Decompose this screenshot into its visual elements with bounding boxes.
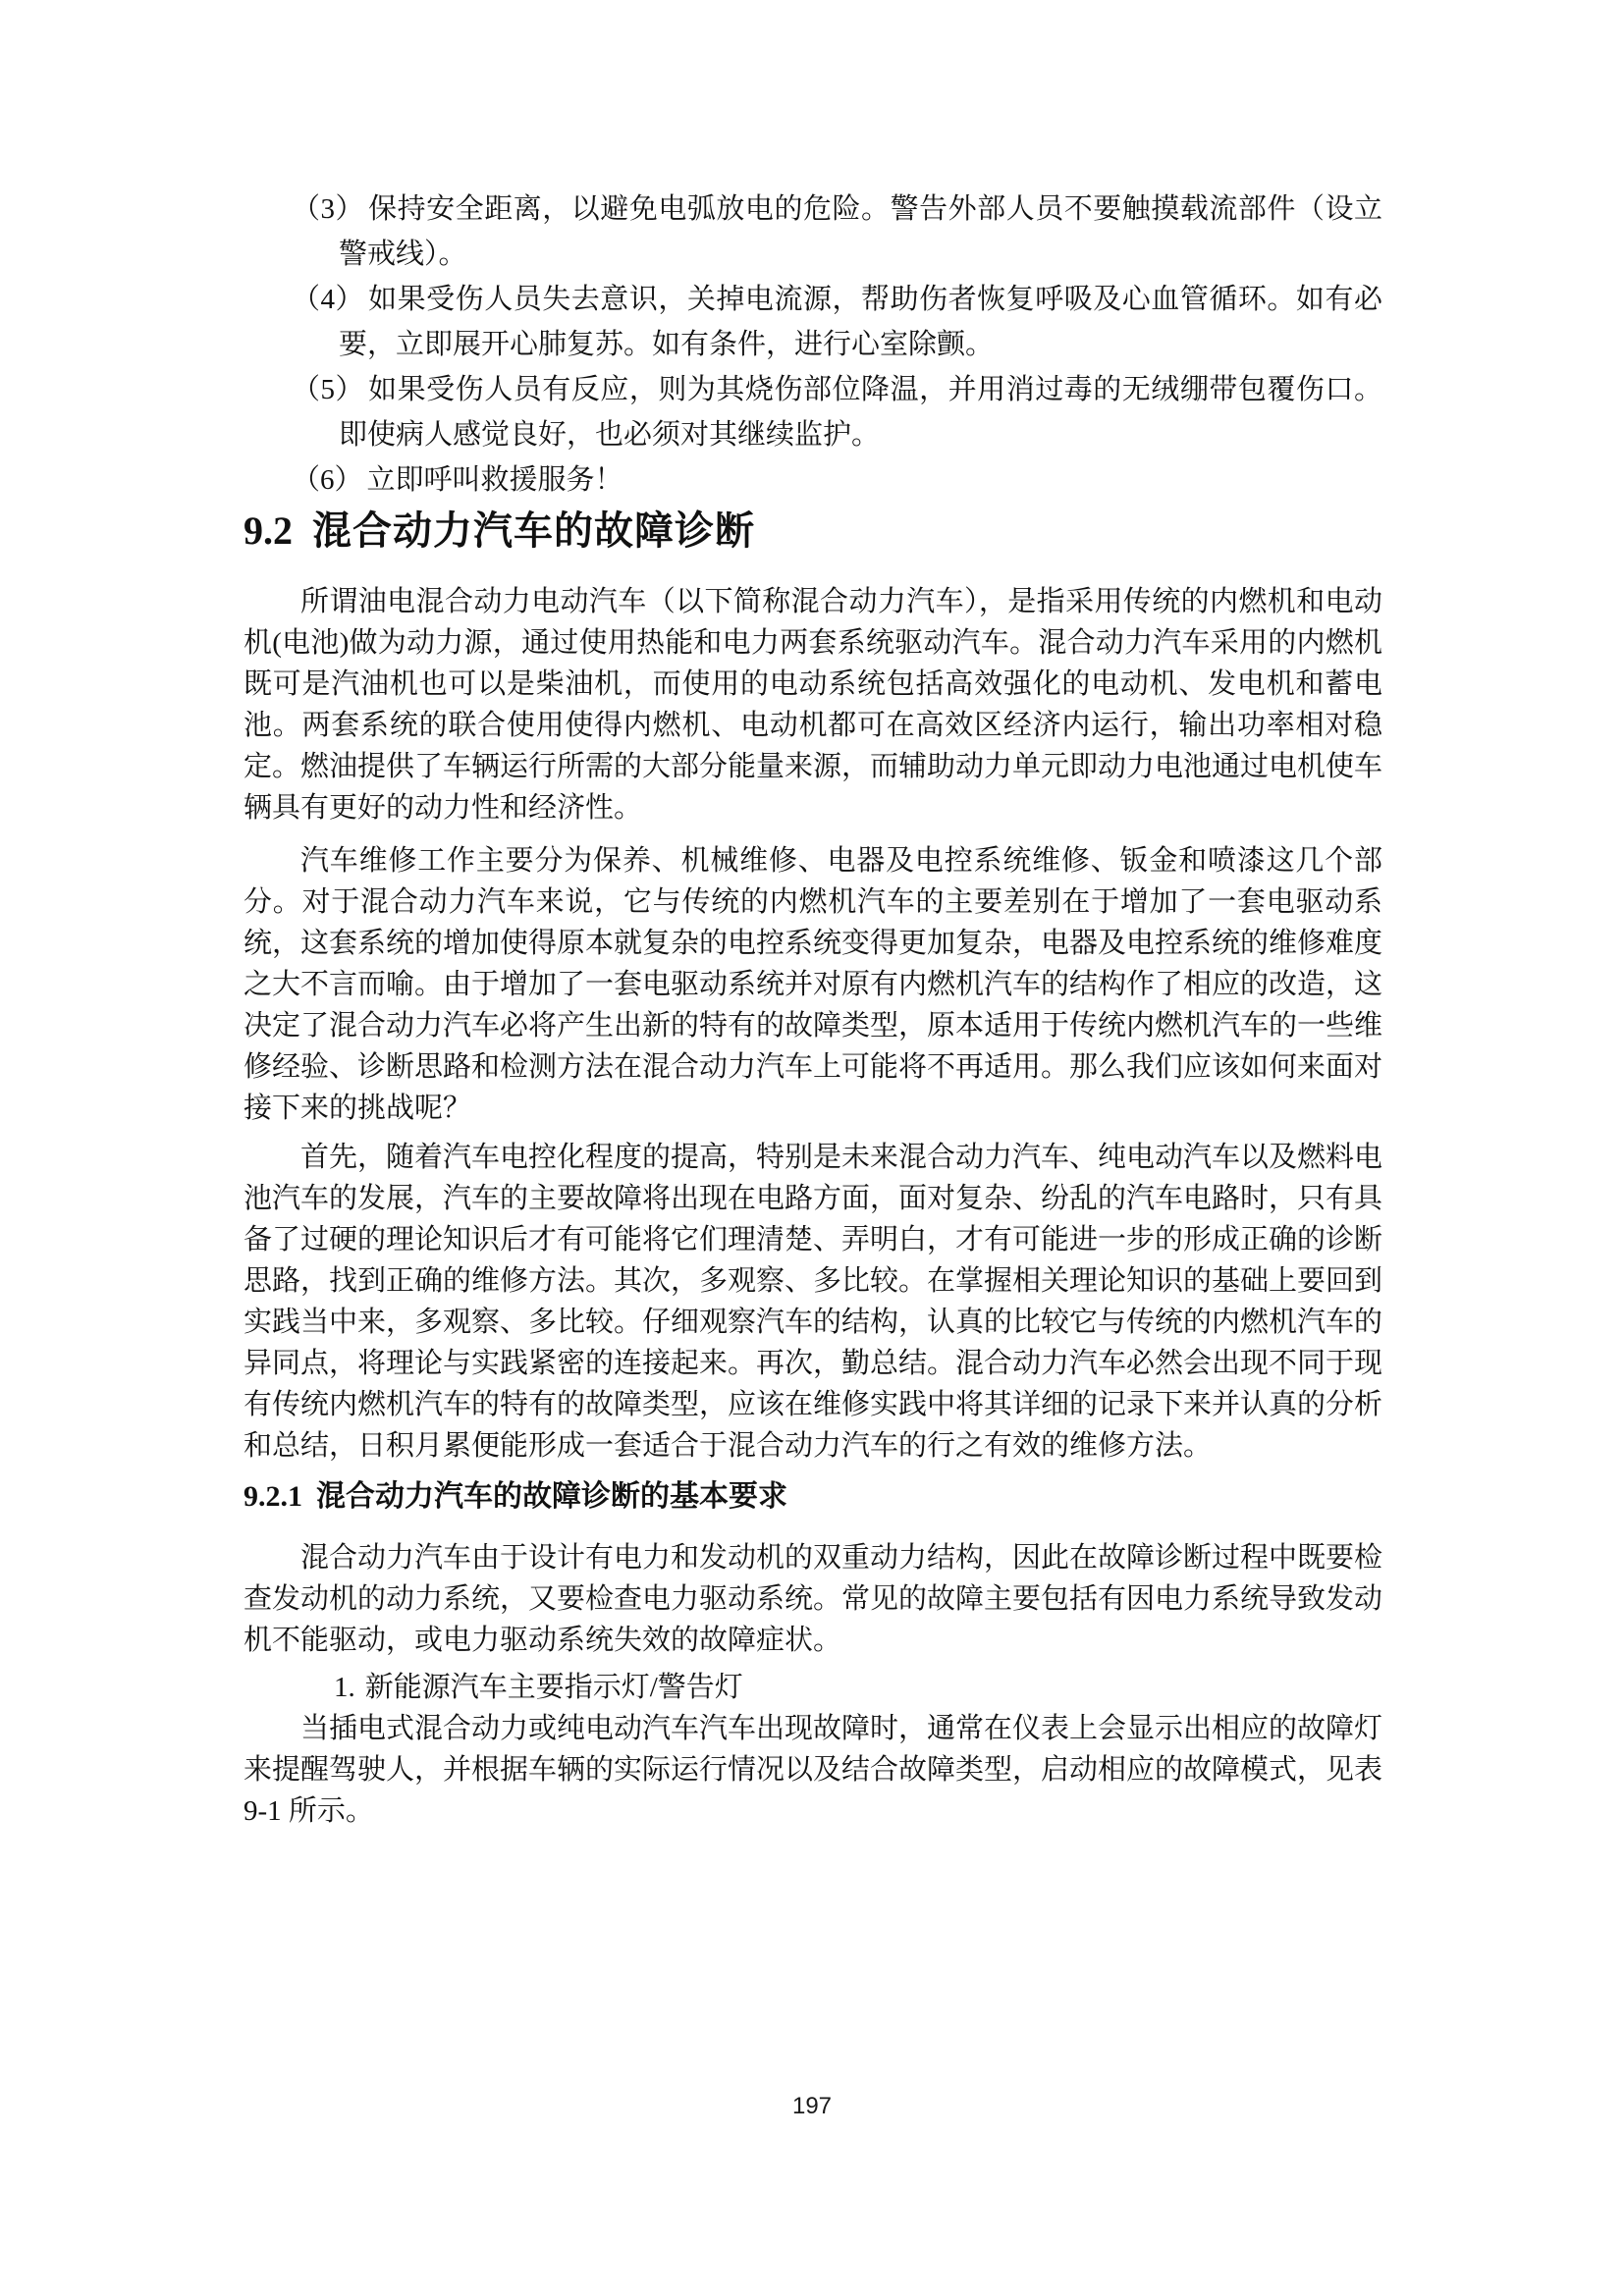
numbered-sub-item-number: 1. <box>334 1672 355 1703</box>
list-item: （4）如果受伤人员失去意识，关掉电流源，帮助伤者恢复呼吸及心血管循环。如有必要，… <box>244 277 1382 367</box>
safety-list: （3）保持安全距离，以避免电弧放电的危险。警告外部人员不要触摸载流部件（设立警戒… <box>244 187 1382 503</box>
subsection-heading: 9.2.1混合动力汽车的故障诊断的基本要求 <box>244 1474 1382 1520</box>
list-item-text: 如果受伤人员有反应，则为其烧伤部位降温，并用消过毒的无绒绷带包覆伤口。即使病人感… <box>339 374 1382 451</box>
section-number: 9.2 <box>244 508 293 553</box>
paragraph: 混合动力汽车由于设计有电力和发动机的双重动力结构，因此在故障诊断过程中既要检查发… <box>244 1537 1382 1661</box>
list-item: （3）保持安全距离，以避免电弧放电的危险。警告外部人员不要触摸载流部件（设立警戒… <box>244 187 1382 277</box>
subsection-number: 9.2.1 <box>244 1480 302 1513</box>
subsection-title: 混合动力汽车的故障诊断的基本要求 <box>316 1480 787 1513</box>
list-item-text: 如果受伤人员失去意识，关掉电流源，帮助伤者恢复呼吸及心血管循环。如有必要，立即展… <box>339 284 1382 360</box>
document-page: （3）保持安全距离，以避免电弧放电的危险。警告外部人员不要触摸载流部件（设立警戒… <box>0 0 1624 2296</box>
list-item: （5）如果受伤人员有反应，则为其烧伤部位降温，并用消过毒的无绒绷带包覆伤口。即使… <box>244 367 1382 457</box>
numbered-sub-item-text: 新能源汽车主要指示灯/警告灯 <box>365 1672 743 1703</box>
paragraph: 首先，随着汽车电控化程度的提高，特别是未来混合动力汽车、纯电动汽车以及燃料电池汽… <box>244 1137 1382 1467</box>
paragraph: 汽车维修工作主要分为保养、机械维修、电器及电控系统维修、钣金和喷漆这几个部分。对… <box>244 840 1382 1129</box>
section-heading: 9.2混合动力汽车的故障诊断 <box>244 503 1382 560</box>
paragraph: 当插电式混合动力或纯电动汽车汽车出现故障时，通常在仪表上会显示出相应的故障灯来提… <box>244 1708 1382 1832</box>
list-item-text: 保持安全距离，以避免电弧放电的危险。警告外部人员不要触摸载流部件（设立警戒线）。 <box>339 193 1382 270</box>
numbered-sub-item: 1.新能源汽车主要指示灯/警告灯 <box>334 1667 1375 1708</box>
list-item-marker: （4） <box>292 284 364 315</box>
list-item-marker: （5） <box>292 374 364 405</box>
page-number: 197 <box>0 2093 1624 2120</box>
list-item-text: 立即呼叫救援服务！ <box>367 464 623 496</box>
paragraph: 所谓油电混合动力电动汽车（以下简称混合动力汽车），是指采用传统的内燃机和电动机(… <box>244 581 1382 828</box>
list-item-marker: （6） <box>292 464 363 496</box>
list-item: （6）立即呼叫救援服务！ <box>244 457 1382 503</box>
list-item-marker: （3） <box>292 193 364 225</box>
section-title: 混合动力汽车的故障诊断 <box>312 508 755 553</box>
